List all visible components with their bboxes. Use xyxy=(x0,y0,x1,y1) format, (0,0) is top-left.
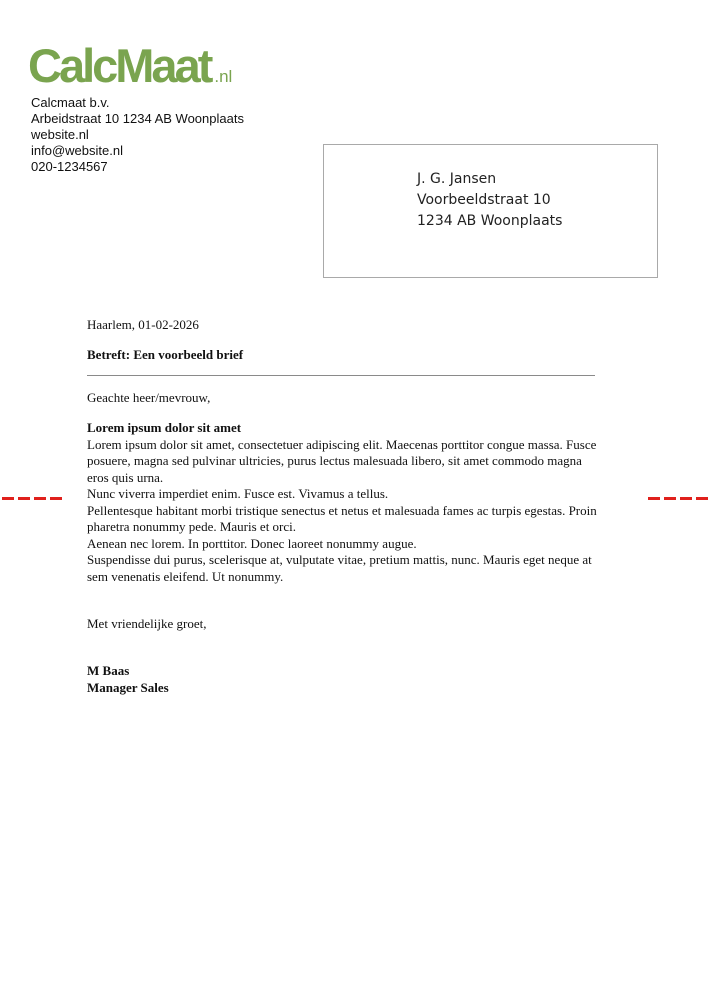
sender-address-block: Calcmaat b.v. Arbeidstraat 10 1234 AB Wo… xyxy=(31,95,244,175)
body-paragraph: Pellentesque habitant morbi tristique se… xyxy=(87,503,597,536)
body-heading: Lorem ipsum dolor sit amet xyxy=(87,420,597,437)
body-paragraph: Suspendisse dui purus, scelerisque at, v… xyxy=(87,552,597,585)
recipient-city: 1234 AB Woonplaats xyxy=(417,211,562,232)
fold-mark-left xyxy=(2,497,64,500)
body-paragraph: Lorem ipsum dolor sit amet, consectetuer… xyxy=(87,437,597,487)
recipient-name: J. G. Jansen xyxy=(417,169,562,190)
letter-closing: Met vriendelijke groet, xyxy=(87,616,597,633)
sender-website: website.nl xyxy=(31,127,244,143)
recipient-address-lines: J. G. Jansen Voorbeeldstraat 10 1234 AB … xyxy=(417,169,562,232)
sender-street-address: Arbeidstraat 10 1234 AB Woonplaats xyxy=(31,111,244,127)
letter-salutation: Geachte heer/mevrouw, xyxy=(87,390,597,407)
letter-body: Lorem ipsum dolor sit amet Lorem ipsum d… xyxy=(87,420,597,586)
logo-tld: .nl xyxy=(214,67,232,86)
company-logo: CalcMaat.nl xyxy=(28,38,232,94)
recipient-street: Voorbeeldstraat 10 xyxy=(417,190,562,211)
signature-block: M Baas Manager Sales xyxy=(87,663,597,696)
letter-date: Haarlem, 01-02-2026 xyxy=(87,317,597,334)
signature-title: Manager Sales xyxy=(87,680,597,697)
sender-email: info@website.nl xyxy=(31,143,244,159)
fold-mark-right xyxy=(648,497,710,500)
signature-name: M Baas xyxy=(87,663,597,680)
subject-divider xyxy=(87,375,595,376)
body-paragraph: Aenean nec lorem. In porttitor. Donec la… xyxy=(87,536,597,553)
recipient-address-window: J. G. Jansen Voorbeeldstraat 10 1234 AB … xyxy=(323,144,658,278)
body-paragraph: Nunc viverra imperdiet enim. Fusce est. … xyxy=(87,486,597,503)
sender-phone: 020-1234567 xyxy=(31,159,244,175)
letter-subject: Betreft: Een voorbeeld brief xyxy=(87,347,597,364)
sender-company-name: Calcmaat b.v. xyxy=(31,95,244,111)
logo-wordmark: CalcMaat xyxy=(28,39,210,92)
